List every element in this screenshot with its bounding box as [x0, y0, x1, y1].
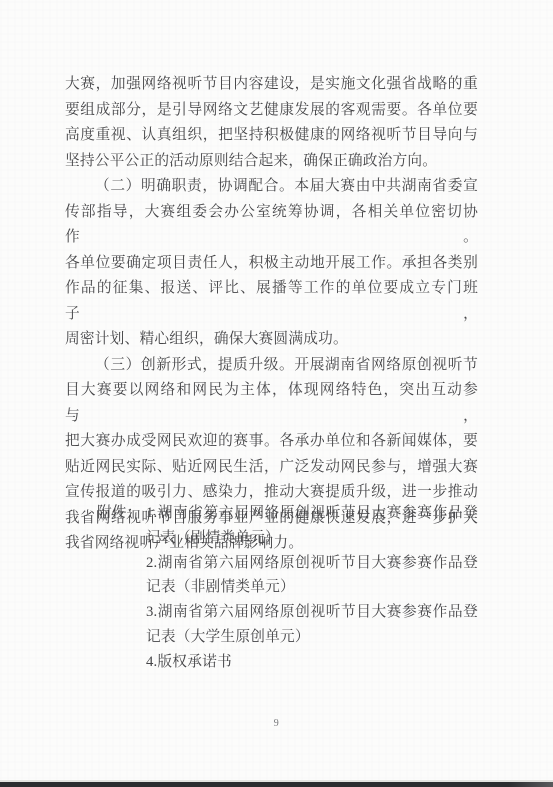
- text-line: 要组成部分，是引导网络文艺健康发展的客观需要。各单位要: [65, 98, 478, 124]
- attachment-item-line: 记表（剧情类单元）: [146, 526, 478, 551]
- attachments-label: 附件：: [97, 501, 142, 526]
- text-line: （二）明确职责，协调配合。本届大赛由中共湖南省委宣: [65, 174, 478, 200]
- document-body: 大赛，加强网络视听节目内容建设，是实施文化强省战略的重 要组成部分，是引导网络文…: [65, 72, 478, 557]
- text-line: 目大赛要以网络和网民为主体，体现网络特色，突出互动参与，: [65, 378, 478, 429]
- text-line: （三）创新形式，提质升级。开展湖南省网络原创视听节: [65, 353, 478, 379]
- text-line: 传部指导，大赛组委会办公室统筹协调，各相关单位密切协作。: [65, 200, 478, 251]
- paragraph-1: 大赛，加强网络视听节目内容建设，是实施文化强省战略的重 要组成部分，是引导网络文…: [65, 72, 478, 174]
- page-number: 9: [0, 718, 553, 729]
- scan-edge-bar: [0, 782, 553, 787]
- attachment-item-line: 4.版权承诺书: [146, 650, 478, 675]
- text-line: 把大赛办成受网民欢迎的赛事。各承办单位和各新闻媒体，要: [65, 429, 478, 455]
- text-line: 高度重视、认真组织，把坚持积极健康的网络视听节目导向与: [65, 123, 478, 149]
- text-line: 大赛，加强网络视听节目内容建设，是实施文化强省战略的重: [65, 72, 478, 98]
- document-page: 大赛，加强网络视听节目内容建设，是实施文化强省战略的重 要组成部分，是引导网络文…: [0, 0, 553, 787]
- attachment-item-line: 记表（非剧情类单元）: [146, 575, 478, 600]
- attachments-list: 1.湖南省第六届网络原创视听节目大赛参赛作品登 记表（剧情类单元） 2.湖南省第…: [146, 501, 478, 675]
- text-line: 贴近网民实际、贴近网民生活，广泛发动网民参与，增强大赛: [65, 455, 478, 481]
- text-line: 坚持公平公正的活动原则结合起来，确保正确政治方向。: [65, 149, 478, 175]
- paragraph-2: （二）明确职责，协调配合。本届大赛由中共湖南省委宣 传部指导，大赛组委会办公室统…: [65, 174, 478, 353]
- attachment-item-line: 2.湖南省第六届网络原创视听节目大赛参赛作品登: [146, 551, 478, 576]
- attachment-item-line: 3.湖南省第六届网络原创视听节目大赛参赛作品登: [146, 600, 478, 625]
- attachment-item-line: 1.湖南省第六届网络原创视听节目大赛参赛作品登: [146, 501, 478, 526]
- text-line: 周密计划、精心组织，确保大赛圆满成功。: [65, 327, 478, 353]
- attachment-item-line: 记表（大学生原创单元）: [146, 625, 478, 650]
- text-line: 各单位要确定项目责任人，积极主动地开展工作。承担各类别: [65, 251, 478, 277]
- text-line: 作品的征集、报送、评比、展播等工作的单位要成立专门班子，: [65, 276, 478, 327]
